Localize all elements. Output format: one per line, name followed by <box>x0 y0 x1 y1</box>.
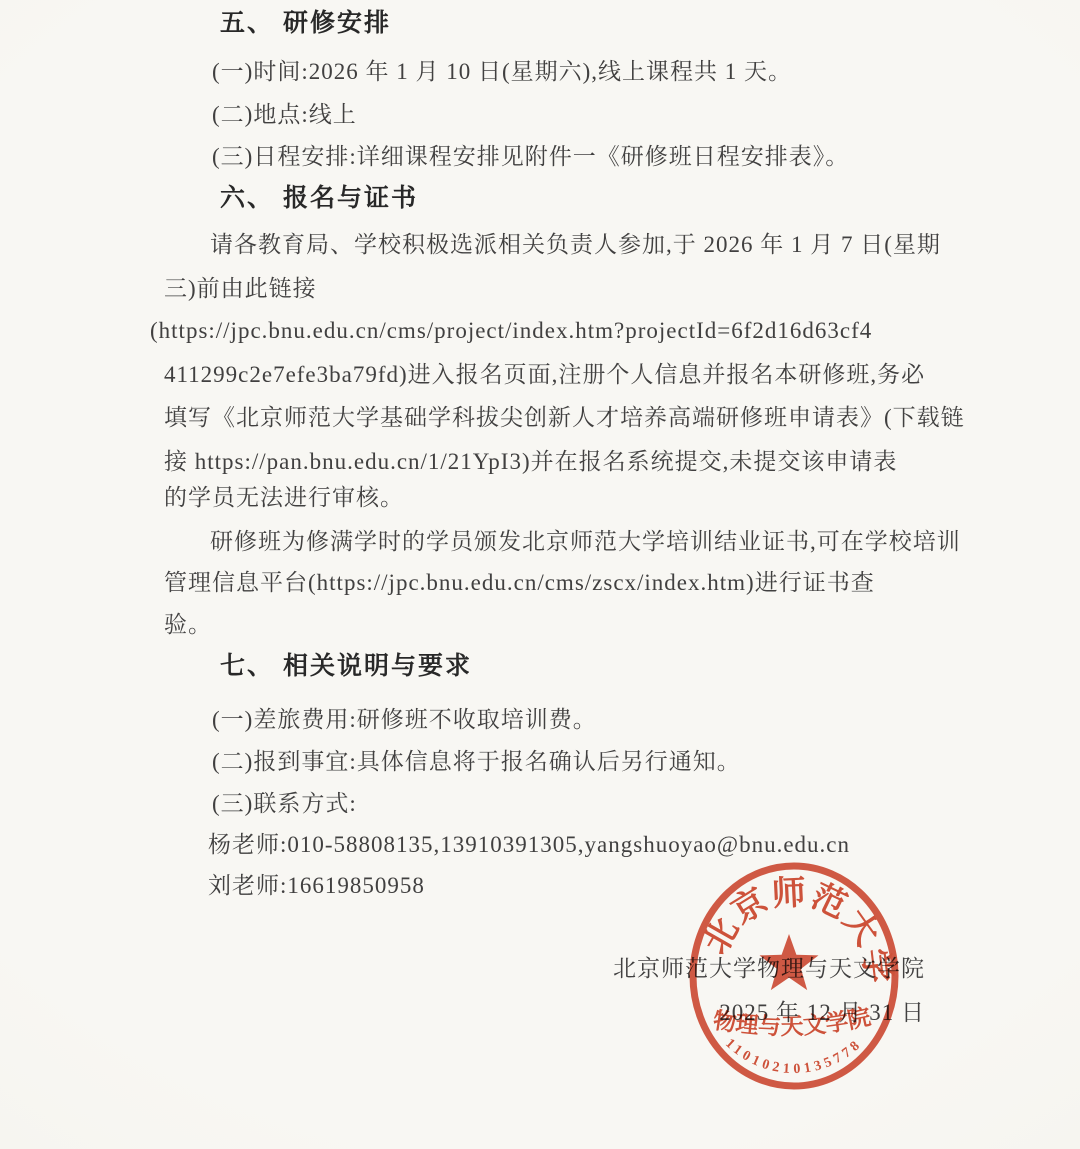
contact-line-yang: 杨老师:010-58808135,13910391305,yangshuoyao… <box>208 831 850 860</box>
seal-bottom-text: 物理与天文学院 <box>711 1004 873 1039</box>
section7-heading: 七、 相关说明与要求 <box>220 651 472 682</box>
official-seal: 北京师范大学 物理与天文学院 11010210135778 <box>688 861 900 1091</box>
contact-line-liu: 刘老师:16619850958 <box>208 872 425 901</box>
certificate-para-line2: 管理信息平台(https://jpc.bnu.edu.cn/cms/zscx/i… <box>164 569 875 598</box>
section5-item-schedule: (三)日程安排:详细课程安排见附件一《研修班日程安排表》。 <box>212 143 849 172</box>
section5-item-time: (一)时间:2026 年 1 月 10 日(星期六),线上课程共 1 天。 <box>212 58 792 87</box>
registration-url-line1: (https://jpc.bnu.edu.cn/cms/project/inde… <box>150 317 872 346</box>
certificate-para-line1: 研修班为修满学时的学员颁发北京师范大学培训结业证书,可在学校培训 <box>210 528 961 557</box>
section7-item-checkin: (二)报到事宜:具体信息将于报名确认后另行通知。 <box>212 748 741 777</box>
certificate-para-line3: 验。 <box>164 611 212 640</box>
seal-star <box>760 934 819 990</box>
section5-item-place: (二)地点:线上 <box>212 101 357 130</box>
section6-heading: 六、 报名与证书 <box>220 183 418 214</box>
section6-para-line7: 的学员无法进行审核。 <box>164 484 404 513</box>
download-url-line: 接 https://pan.bnu.edu.cn/1/21YpI3)并在报名系统… <box>164 448 897 477</box>
registration-url-line2: 411299c2e7efe3ba79fd)进入报名页面,注册个人信息并报名本研修… <box>164 361 925 390</box>
section7-item-fee: (一)差旅费用:研修班不收取培训费。 <box>212 706 597 735</box>
section6-para-line1: 请各教育局、学校积极选派相关负责人参加,于 2026 年 1 月 7 日(星期 <box>210 231 941 260</box>
section5-heading: 五、 研修安排 <box>220 8 391 39</box>
section6-para-line2: 三)前由此链接 <box>164 275 317 304</box>
section6-para-line5: 填写《北京师范大学基础学科拔尖创新人才培养高端研修班申请表》(下载链 <box>164 404 965 433</box>
section7-item-contact: (三)联系方式: <box>212 790 357 819</box>
document-page: 五、 研修安排 (一)时间:2026 年 1 月 10 日(星期六),线上课程共… <box>0 0 1080 1149</box>
